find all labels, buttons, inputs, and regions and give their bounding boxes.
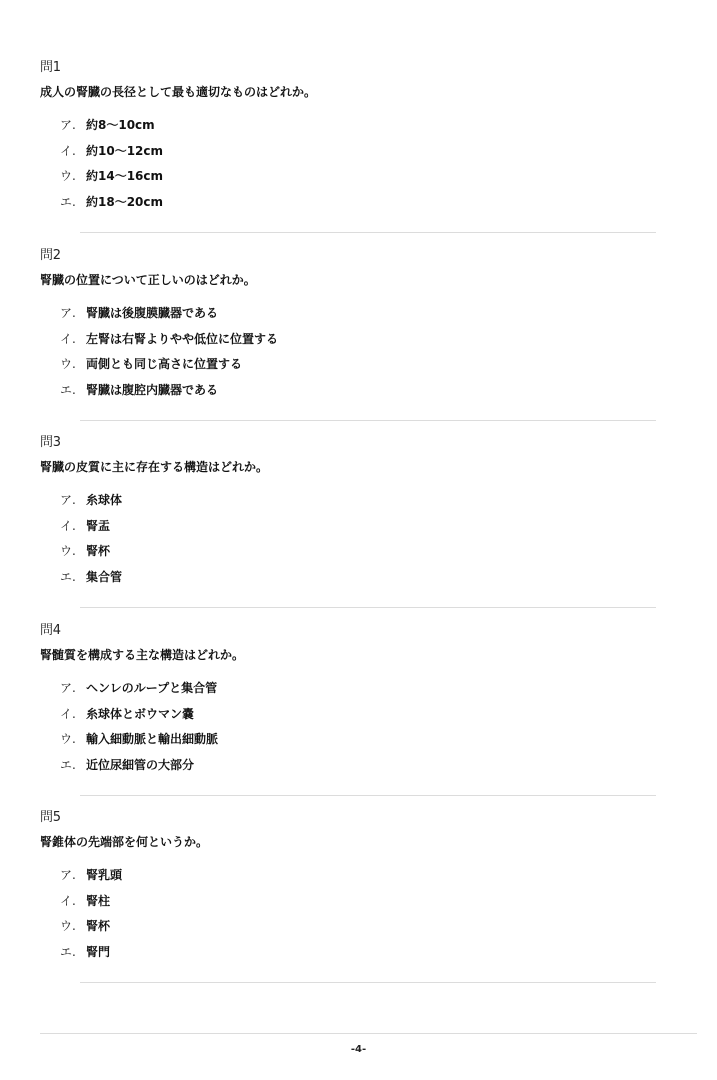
option-list: ア.腎臓は後腹膜臓器である イ.左腎は右腎よりやや低位に位置する ウ.両側とも同… bbox=[60, 305, 278, 407]
question-number: 問1 bbox=[40, 60, 61, 76]
option-text: 輸入細動脈と輸出細動脈 bbox=[86, 732, 218, 746]
question-number: 問4 bbox=[40, 623, 61, 639]
option-text: 腎杯 bbox=[86, 544, 110, 558]
option-text: 腎門 bbox=[86, 945, 110, 959]
section-divider bbox=[80, 795, 656, 796]
option-b: イ.腎柱 bbox=[60, 893, 122, 919]
option-d: エ.腎臓は腹腔内臓器である bbox=[60, 382, 278, 408]
option-text: 左腎は右腎よりやや低位に位置する bbox=[86, 332, 278, 346]
option-text: 両側とも同じ高さに位置する bbox=[86, 357, 242, 371]
question-text: 腎髄質を構成する主な構造はどれか。 bbox=[40, 647, 244, 663]
option-text: 約8〜10cm bbox=[86, 118, 155, 132]
section-divider bbox=[80, 982, 656, 983]
option-label: イ. bbox=[60, 143, 86, 159]
option-label: ウ. bbox=[60, 168, 86, 184]
option-text: 腎乳頭 bbox=[86, 868, 122, 882]
option-label: エ. bbox=[60, 569, 86, 585]
option-d: エ.腎門 bbox=[60, 944, 122, 970]
option-text: 糸球体とボウマン嚢 bbox=[86, 707, 194, 721]
option-b: イ.約10〜12cm bbox=[60, 143, 163, 169]
option-label: ア. bbox=[60, 680, 86, 696]
option-label: ウ. bbox=[60, 543, 86, 559]
option-c: ウ.腎杯 bbox=[60, 543, 122, 569]
option-b: イ.腎盂 bbox=[60, 518, 122, 544]
question-text: 腎臓の位置について正しいのはどれか。 bbox=[40, 272, 256, 288]
option-label: ア. bbox=[60, 117, 86, 133]
option-text: 糸球体 bbox=[86, 493, 122, 507]
option-label: ウ. bbox=[60, 731, 86, 747]
option-text: 腎臓は腹腔内臓器である bbox=[86, 383, 218, 397]
option-label: イ. bbox=[60, 706, 86, 722]
option-text: 近位尿細管の大部分 bbox=[86, 758, 194, 772]
page-number: -4- bbox=[0, 1043, 717, 1057]
option-label: イ. bbox=[60, 893, 86, 909]
option-list: ア.約8〜10cm イ.約10〜12cm ウ.約14〜16cm エ.約18〜20… bbox=[60, 117, 163, 219]
option-label: エ. bbox=[60, 382, 86, 398]
option-text: 集合管 bbox=[86, 570, 122, 584]
option-list: ア.腎乳頭 イ.腎柱 ウ.腎杯 エ.腎門 bbox=[60, 867, 122, 969]
option-label: ア. bbox=[60, 492, 86, 508]
option-c: ウ.約14〜16cm bbox=[60, 168, 163, 194]
option-d: エ.約18〜20cm bbox=[60, 194, 163, 220]
option-label: イ. bbox=[60, 518, 86, 534]
question-number: 問3 bbox=[40, 435, 61, 451]
question-number: 問2 bbox=[40, 248, 61, 264]
option-label: イ. bbox=[60, 331, 86, 347]
option-list: ア.ヘンレのループと集合管 イ.糸球体とボウマン嚢 ウ.輸入細動脈と輸出細動脈 … bbox=[60, 680, 218, 782]
footer-rule bbox=[40, 1033, 697, 1034]
section-divider bbox=[80, 420, 656, 421]
option-b: イ.糸球体とボウマン嚢 bbox=[60, 706, 218, 732]
option-text: 腎杯 bbox=[86, 919, 110, 933]
option-text: 腎臓は後腹膜臓器である bbox=[86, 306, 218, 320]
option-label: ウ. bbox=[60, 918, 86, 934]
option-list: ア.糸球体 イ.腎盂 ウ.腎杯 エ.集合管 bbox=[60, 492, 122, 594]
option-label: ア. bbox=[60, 867, 86, 883]
question-text: 腎錐体の先端部を何というか。 bbox=[40, 834, 208, 850]
question-text: 腎臓の皮質に主に存在する構造はどれか。 bbox=[40, 459, 268, 475]
option-c: ウ.腎杯 bbox=[60, 918, 122, 944]
option-d: エ.近位尿細管の大部分 bbox=[60, 757, 218, 783]
option-label: ア. bbox=[60, 305, 86, 321]
option-label: エ. bbox=[60, 944, 86, 960]
option-text: 腎盂 bbox=[86, 519, 110, 533]
option-label: ウ. bbox=[60, 356, 86, 372]
question-number: 問5 bbox=[40, 810, 61, 826]
option-b: イ.左腎は右腎よりやや低位に位置する bbox=[60, 331, 278, 357]
option-d: エ.集合管 bbox=[60, 569, 122, 595]
option-a: ア.腎乳頭 bbox=[60, 867, 122, 893]
option-text: 約14〜16cm bbox=[86, 169, 163, 183]
option-a: ア.糸球体 bbox=[60, 492, 122, 518]
document-page: 問1 成人の腎臓の長径として最も適切なものはどれか。 ア.約8〜10cm イ.約… bbox=[0, 0, 717, 1080]
question-text: 成人の腎臓の長径として最も適切なものはどれか。 bbox=[40, 84, 316, 100]
option-text: ヘンレのループと集合管 bbox=[86, 681, 217, 695]
option-label: エ. bbox=[60, 757, 86, 773]
option-c: ウ.両側とも同じ高さに位置する bbox=[60, 356, 278, 382]
option-c: ウ.輸入細動脈と輸出細動脈 bbox=[60, 731, 218, 757]
option-text: 腎柱 bbox=[86, 894, 110, 908]
option-a: ア.約8〜10cm bbox=[60, 117, 163, 143]
option-label: エ. bbox=[60, 194, 86, 210]
option-text: 約18〜20cm bbox=[86, 195, 163, 209]
option-text: 約10〜12cm bbox=[86, 144, 163, 158]
option-a: ア.腎臓は後腹膜臓器である bbox=[60, 305, 278, 331]
section-divider bbox=[80, 607, 656, 608]
section-divider bbox=[80, 232, 656, 233]
option-a: ア.ヘンレのループと集合管 bbox=[60, 680, 218, 706]
